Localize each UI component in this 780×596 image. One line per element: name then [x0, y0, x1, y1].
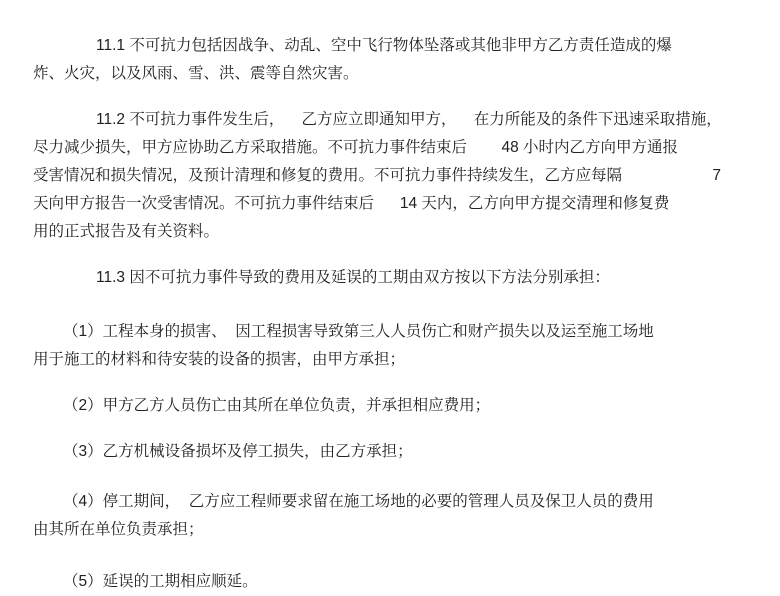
text-line: 受害情况和损失情况，及预计清理和修复的费用。不可抗力事件持续发生，乙方应每隔 7: [33, 162, 747, 190]
text-line: （5）延误的工期相应顺延。: [33, 568, 747, 596]
text-line: 用的正式报告及有关资料。: [33, 218, 747, 246]
interval-days-value: 7: [712, 162, 747, 190]
text-line: 用于施工的材料和待安装的设备的损害，由甲方承担；: [33, 346, 747, 374]
paragraph-clause-11-2: 11.2 不可抗力事件发生后， 乙方应立即通知甲方， 在力所能及的条件下迅速采取…: [33, 106, 747, 246]
text-line: 11.3 因不可抗力事件导致的费用及延误的工期由双方按以下方法分别承担：: [33, 264, 747, 292]
paragraph-clause-11-1: 11.1 不可抗力包括因战争、动乱、空中飞行物体坠落或其他非甲方乙方责任造成的爆…: [33, 32, 747, 88]
text-line: （3）乙方机械设备损坏及停工损失，由乙方承担；: [33, 438, 747, 466]
paragraph-list-item-4: （4）停工期间， 乙方应工程师要求留在施工场地的必要的管理人员及保卫人员的费用 …: [33, 488, 747, 544]
paragraph-list-item-3: （3）乙方机械设备损坏及停工损失，由乙方承担；: [33, 438, 747, 466]
paragraph-list-item-5: （5）延误的工期相应顺延。: [33, 568, 747, 596]
paragraph-list-item-2: （2）甲方乙方人员伤亡由其所在单位负责，并承担相应费用；: [33, 392, 747, 420]
paragraph-list-item-1: （1）工程本身的损害、 因工程损害导致第三人人员伤亡和财产损失以及运至施工场地 …: [33, 318, 747, 374]
text-line: 尽力减少损失，甲方应协助乙方采取措施。不可抗力事件结束后 48 小时内乙方向甲方…: [33, 134, 747, 162]
text-line: （2）甲方乙方人员伤亡由其所在单位负责，并承担相应费用；: [33, 392, 747, 420]
text-line-main: 受害情况和损失情况，及预计清理和修复的费用。不可抗力事件持续发生，乙方应每隔: [33, 162, 622, 190]
text-line: （4）停工期间， 乙方应工程师要求留在施工场地的必要的管理人员及保卫人员的费用: [33, 488, 747, 516]
text-line: （1）工程本身的损害、 因工程损害导致第三人人员伤亡和财产损失以及运至施工场地: [33, 318, 747, 346]
document-page: 11.1 不可抗力包括因战争、动乱、空中飞行物体坠落或其他非甲方乙方责任造成的爆…: [0, 0, 780, 596]
text-line: 11.1 不可抗力包括因战争、动乱、空中飞行物体坠落或其他非甲方乙方责任造成的爆: [33, 32, 747, 60]
paragraph-clause-11-3: 11.3 因不可抗力事件导致的费用及延误的工期由双方按以下方法分别承担：: [33, 264, 747, 292]
text-line: 11.2 不可抗力事件发生后， 乙方应立即通知甲方， 在力所能及的条件下迅速采取…: [33, 106, 747, 134]
text-line: 由其所在单位负责承担；: [33, 516, 747, 544]
text-line: 天向甲方报告一次受害情况。不可抗力事件结束后 14 天内，乙方向甲方提交清理和修…: [33, 190, 747, 218]
text-line: 炸、火灾，以及风雨、雪、洪、震等自然灾害。: [33, 60, 747, 88]
